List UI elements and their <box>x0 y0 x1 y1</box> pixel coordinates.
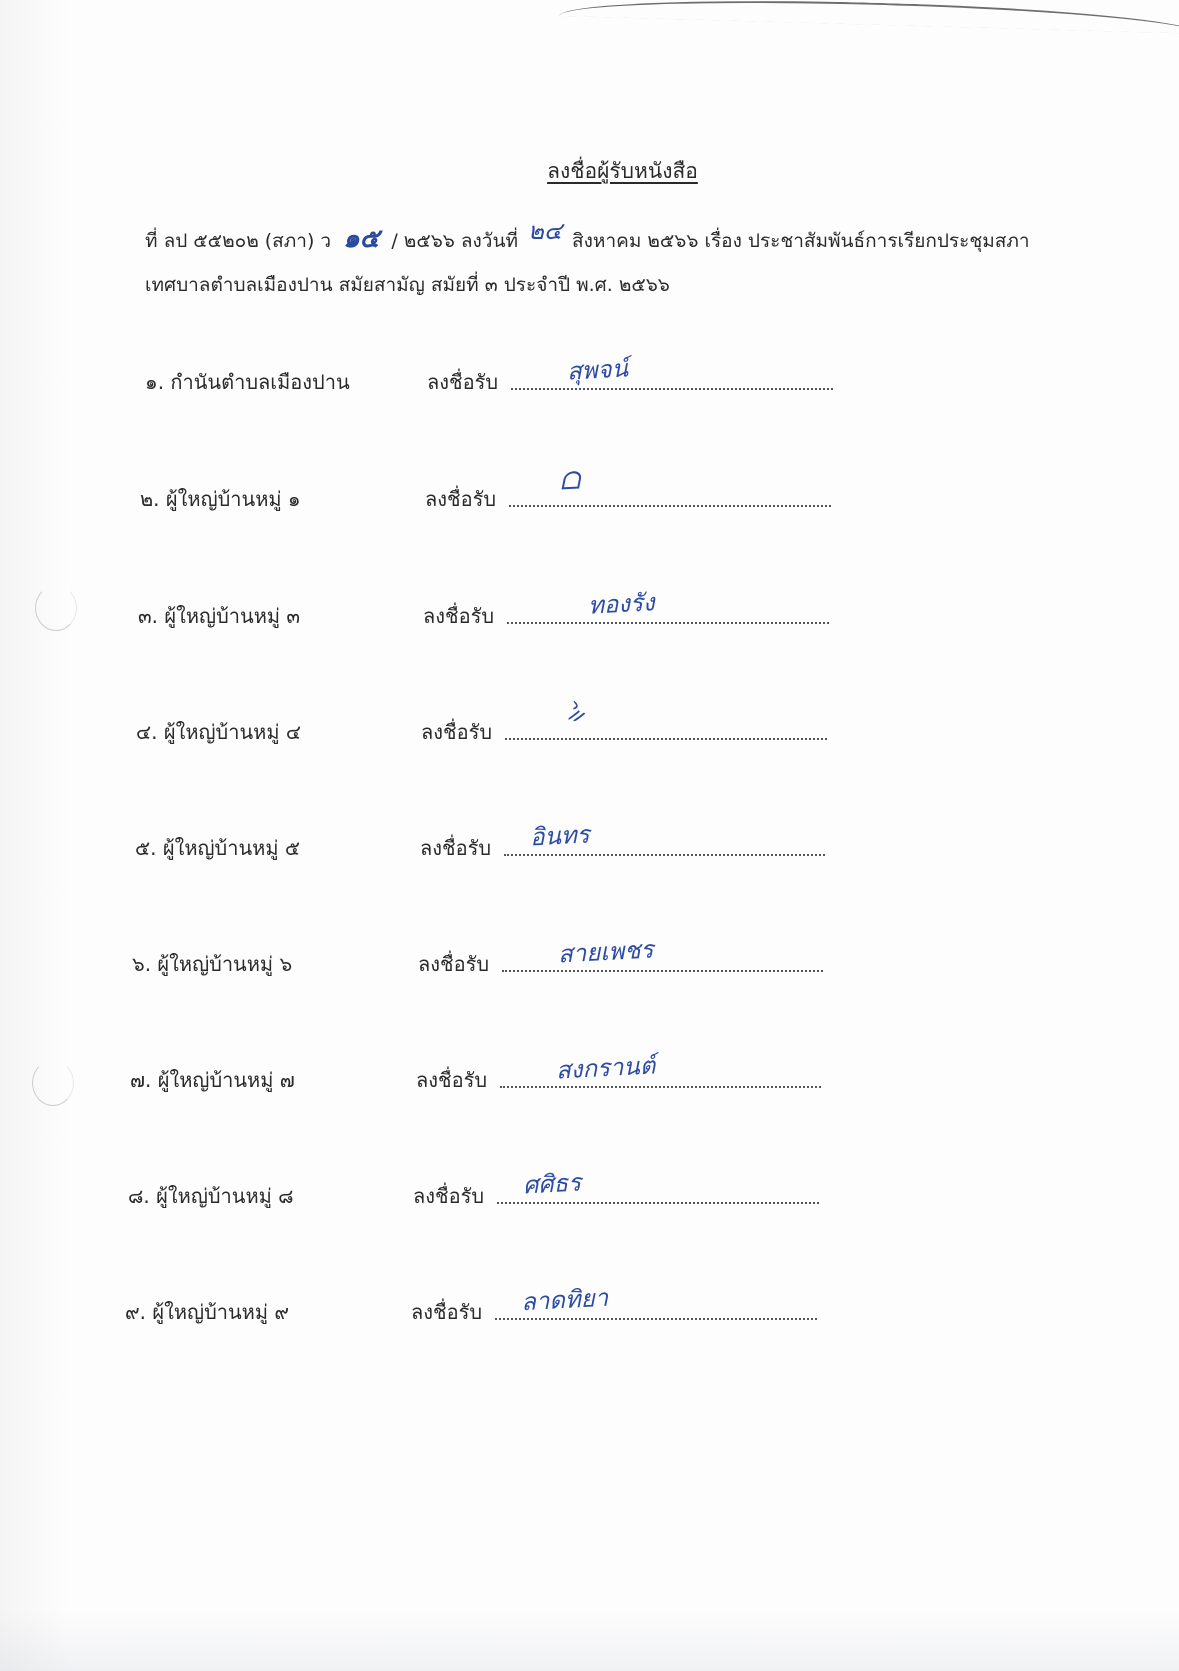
recipient-row: ๔. ผู้ใหญ่บ้านหมู่ ๔ลงชื่อรับᨀᨛ <box>136 716 827 756</box>
handwritten-day: ๒๔ <box>528 217 562 245</box>
scan-shadow-bottom <box>0 1611 1179 1671</box>
recipient-label: ๓. ผู้ใหญ่บ้านหมู่ ๓ <box>138 600 300 632</box>
handwritten-document-number: ๑๕ <box>343 224 379 254</box>
recipient-label: ๑. กำนันตำบลเมืองปาน <box>145 366 350 398</box>
handwritten-signature: ᗝ <box>559 466 580 495</box>
recipient-row: ๗. ผู้ใหญ่บ้านหมู่ ๗ลงชื่อรับสงกรานต์ <box>130 1064 821 1104</box>
recipient-row: ๕. ผู้ใหญ่บ้านหมู่ ๕ลงชื่อรับอินทร <box>135 832 825 872</box>
reference-line-2: เทศบาลตำบลเมืองปาน สมัยสามัญ สมัยที่ ๓ ป… <box>145 270 670 300</box>
recipient-row: ๖. ผู้ใหญ่บ้านหมู่ ๖ลงชื่อรับสายเพชร <box>132 948 823 988</box>
recipient-row: ๘. ผู้ใหญ่บ้านหมู่ ๘ลงชื่อรับศศิธร <box>128 1180 819 1220</box>
recipient-label: ๕. ผู้ใหญ่บ้านหมู่ ๕ <box>135 832 300 864</box>
recipient-label: ๔. ผู้ใหญ่บ้านหมู่ ๔ <box>136 716 301 748</box>
sign-prefix-label: ลงชื่อรับ <box>416 1064 487 1096</box>
recipient-label: ๙. ผู้ใหญ่บ้านหมู่ ๙ <box>125 1296 289 1328</box>
recipient-label: ๒. ผู้ใหญ่บ้านหมู่ ๑ <box>140 483 301 515</box>
recipient-row: ๑. กำนันตำบลเมืองปานลงชื่อรับสุพจน์ <box>145 366 833 406</box>
signature-dotted-line <box>511 388 833 390</box>
sign-prefix-label: ลงชื่อรับ <box>418 948 489 980</box>
recipient-row: ๒. ผู้ใหญ่บ้านหมู่ ๑ลงชื่อรับᗝ <box>140 483 831 523</box>
recipient-row: ๓. ผู้ใหญ่บ้านหมู่ ๓ลงชื่อรับทองรัง <box>138 600 829 640</box>
sign-prefix-label: ลงชื่อรับ <box>413 1180 484 1212</box>
reference-subject: สิงหาคม ๒๕๖๖ เรื่อง ประชาสัมพันธ์การเรีย… <box>572 230 1030 252</box>
handwritten-signature: ลาดทิยา <box>520 1278 609 1322</box>
scan-paper-edge <box>559 0 1179 34</box>
sign-prefix-label: ลงชื่อรับ <box>427 366 498 398</box>
sign-prefix-label: ลงชื่อรับ <box>425 483 496 515</box>
signature-dotted-line <box>509 505 831 507</box>
recipient-label: ๗. ผู้ใหญ่บ้านหมู่ ๗ <box>130 1064 295 1096</box>
recipient-label: ๖. ผู้ใหญ่บ้านหมู่ ๖ <box>132 948 292 980</box>
signature-dotted-line <box>505 738 827 740</box>
handwritten-signature: ทองรัง <box>587 582 656 624</box>
recipient-row: ๙. ผู้ใหญ่บ้านหมู่ ๙ลงชื่อรับลาดทิยา <box>125 1296 817 1336</box>
punch-hole-lower <box>32 1060 74 1106</box>
handwritten-signature: ศศิธร <box>522 1163 582 1205</box>
sign-prefix-label: ลงชื่อรับ <box>423 600 494 632</box>
handwritten-signature: สุพจน์ <box>566 348 629 390</box>
signature-dotted-line <box>502 970 823 972</box>
signature-dotted-line <box>500 1086 821 1088</box>
document-title: ลงชื่อผู้รับหนังสือ <box>0 155 1179 188</box>
scan-shadow-left <box>0 0 70 1671</box>
sign-prefix-label: ลงชื่อรับ <box>420 832 491 864</box>
reference-line-1: ที่ ลป ๕๕๒๐๒ (สภา) ว ๑๕ / ๒๕๖๖ ลงวันที่ … <box>145 218 1030 259</box>
sign-prefix-label: ลงชื่อรับ <box>411 1296 482 1328</box>
handwritten-signature: อินทร <box>529 814 590 856</box>
sign-prefix-label: ลงชื่อรับ <box>421 716 492 748</box>
reference-number-suffix: / ๒๕๖๖ ลงวันที่ <box>391 230 518 252</box>
handwritten-signature: สายเพชร <box>557 930 654 974</box>
handwritten-signature: สงกรานต์ <box>555 1045 656 1089</box>
recipient-label: ๘. ผู้ใหญ่บ้านหมู่ ๘ <box>128 1180 294 1212</box>
signature-dotted-line <box>507 622 829 624</box>
handwritten-signature: ᨀᨛ <box>565 700 586 729</box>
punch-hole-upper <box>35 585 77 631</box>
reference-prefix: ที่ ลป ๕๕๒๐๒ (สภา) ว <box>145 230 331 252</box>
